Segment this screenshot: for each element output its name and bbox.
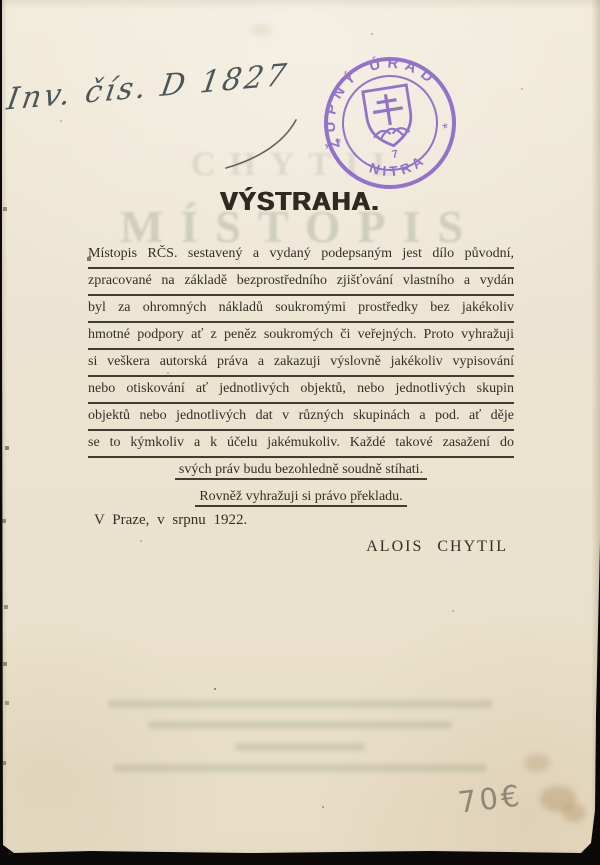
ghost-showthrough-line [108, 700, 492, 708]
foxing-stain [540, 786, 576, 812]
ghost-showthrough-line [148, 721, 452, 729]
notice-paragraph: Místopis RČS. sestavený a vydaný podepsa… [88, 242, 514, 512]
pencil-price-note: 70€ [456, 778, 524, 820]
foxing-stain [250, 24, 272, 36]
notice-line: hmotné podpory ať z peněz soukromých či … [88, 323, 514, 350]
paper-specks [0, 0, 2, 2]
foxing-stain [562, 804, 586, 822]
notice-line: zpracované na základě bezprostředního zj… [88, 269, 514, 296]
notice-line-text: svých práv budu bezohledně soudně stíhat… [175, 462, 427, 480]
author-signature: ALOIS CHYTIL [366, 538, 508, 556]
date-place-line: V Praze, v srpnu 1922. [94, 512, 247, 529]
slovak-coat-of-arms-icon [363, 85, 416, 149]
ghost-showthrough-line [235, 743, 365, 751]
page-title: VÝSTRAHA. [0, 186, 600, 217]
notice-line-text: Rovněž vyhražuji si právo překladu. [195, 489, 406, 507]
notice-line: svých práv budu bezohledně soudně stíhat… [88, 458, 514, 485]
notice-line: byl za ohromných nákladů soukromými pros… [88, 296, 514, 323]
ghost-showthrough-line [114, 764, 487, 772]
notice-line: Rovněž vyhražuji si právo překladu. [88, 485, 514, 512]
handwriting-flourish [222, 116, 302, 176]
stamp-star-right: * [441, 120, 450, 138]
notice-line: nebo otiskování ať jednotlivých objektů,… [88, 377, 514, 404]
notice-line: si veškera autorská práva a zakazuji výs… [88, 350, 514, 377]
zupny-urad-nitra-stamp: ŽUPNÝ ÚRAD NITRA * * 7 [321, 54, 459, 192]
notice-line: se to kýmkoliv a k účelu jakémukoliv. Ka… [88, 431, 514, 458]
foxing-stain [524, 754, 550, 772]
scanned-page: CHYTIL MÍSTOPIS Inv. čís. D 1827 ŽUPNÝ Ú… [0, 0, 600, 865]
notice-line: objektů nebo jednotlivých dat v různých … [88, 404, 514, 431]
handwritten-inventory-number: Inv. čís. D 1827 [4, 54, 328, 118]
notice-line: Místopis RČS. sestavený a vydaný podepsa… [88, 242, 514, 269]
paper-sheet: CHYTIL MÍSTOPIS Inv. čís. D 1827 ŽUPNÝ Ú… [0, 0, 600, 865]
stamp-number: 7 [391, 148, 399, 161]
